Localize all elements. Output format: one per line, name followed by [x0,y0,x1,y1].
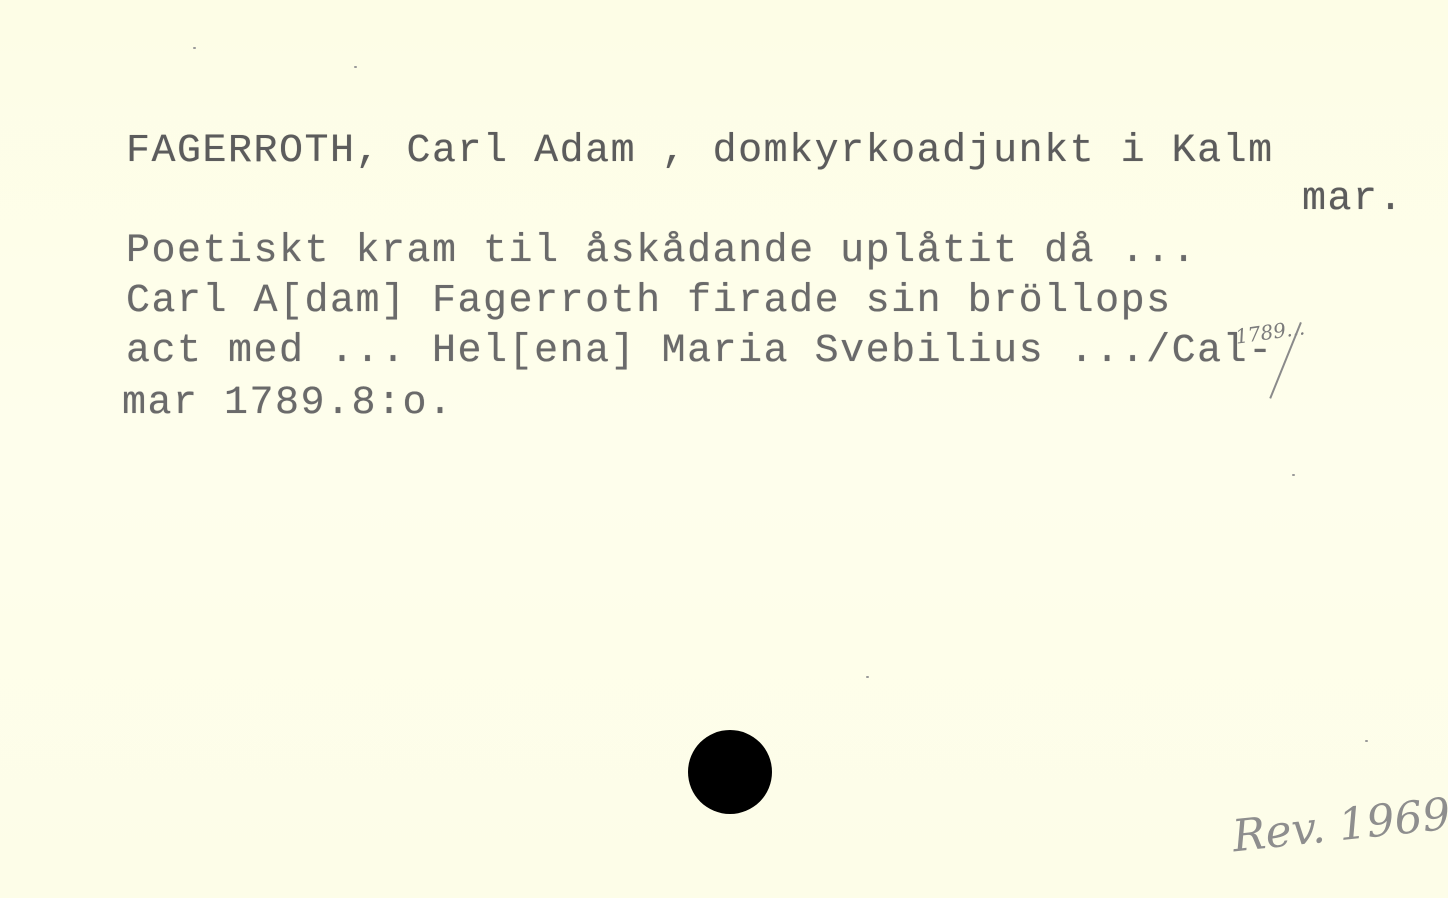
punch-hole [688,730,772,814]
card-heading-continuation: mar. [1302,180,1404,220]
paper-speck [354,66,357,68]
card-body-line: Poetiskt kram til åskådande uplåtit då .… [126,232,1197,272]
card-body-line: mar 1789.8:o. [122,384,454,424]
card-heading: FAGERROTH, Carl Adam , domkyrkoadjunkt i… [126,132,1274,172]
card-body-line: Carl A[dam] Fagerroth firade sin bröllop… [126,282,1172,322]
card-body-line: act med ... Hel[ena] Maria Svebilius ...… [126,332,1274,372]
paper-speck [193,47,196,49]
paper-speck [1292,474,1295,476]
paper-speck [866,676,869,678]
paper-speck [1365,740,1368,742]
handwritten-revision-note: Rev. 1969 [1230,789,1448,863]
catalog-card: FAGERROTH, Carl Adam , domkyrkoadjunkt i… [0,0,1448,898]
